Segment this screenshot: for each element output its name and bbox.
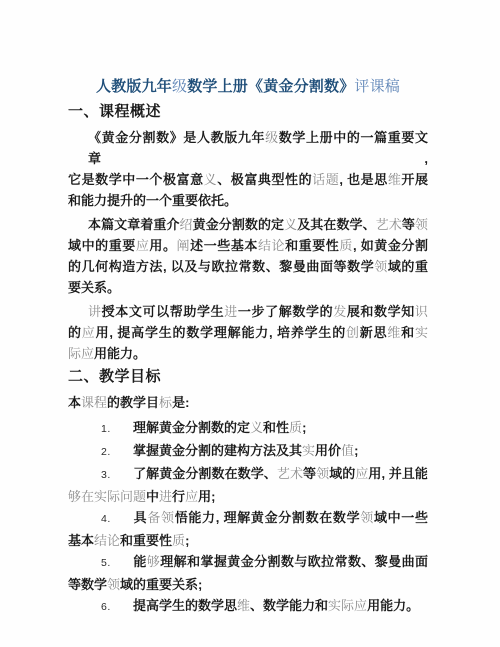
text-line: 6.提高学生的数学思维、数学能力和实际应用能力。 [68, 595, 428, 618]
text-run-light: 评课稿 [354, 78, 400, 95]
text-run: 理解和掌握黄金分割数与欧拉常数、黎曼曲面 [160, 554, 428, 569]
text-line: 的应用, 提高学生的数学理解能力, 培养学生的创新思维和实 [68, 322, 428, 343]
list-item-5: 5.能够理解和掌握黄金分割数与欧拉常数、黎曼曲面等数学领域的重要关系; [68, 551, 428, 595]
text-run-light: 值 [341, 443, 354, 458]
text-run-light: 级 [265, 130, 279, 145]
text-run: 用能力。 [367, 598, 419, 613]
text-run-light: 艺术 [277, 466, 303, 481]
text-run-light: 识 [415, 304, 428, 319]
text-run-light: 应 [355, 466, 368, 481]
list-item-number: 3. [101, 465, 133, 486]
text-run: 的教学目 [107, 395, 159, 410]
text-run-light: 维 [237, 598, 250, 613]
text-run-light: 义 [204, 172, 218, 187]
text-run-light: 级 [172, 78, 187, 95]
text-run: 和能力提升的一个重要依托。 [68, 193, 237, 208]
text-run: 掌握黄金分割的建构方法及其 [133, 443, 302, 458]
text-run-light: 应 [82, 325, 96, 340]
section-heading-overview: 一、课程概述 [68, 102, 428, 121]
text-run: 授本文可以帮助学生 [102, 304, 225, 319]
text-run-light: 应 [185, 489, 198, 504]
list-item-number: 6. [101, 597, 133, 618]
text-run-light: 质 [339, 238, 353, 253]
text-run: ; [354, 443, 358, 458]
objectives-intro: 本课程的教学目标是: [68, 392, 428, 413]
text-run-light: 进 [159, 489, 172, 504]
text-run-light: 课程 [81, 395, 107, 410]
text-run: 、数学能力和 [250, 598, 328, 613]
text-run: 域中一些 [374, 510, 428, 525]
section-course-overview: 一、课程概述 《黄金分割数》是人教版九年级数学上册中的一篇重要文章,它是数学中一… [68, 102, 428, 364]
text-run-light: 领 [360, 510, 374, 525]
text-run-light: 领 [316, 466, 329, 481]
list-item-number: 2. [101, 442, 133, 463]
text-run: 人教版九年 [96, 78, 172, 95]
text-run: 要关系。 [68, 280, 120, 295]
text-run-light: 讲 [88, 304, 102, 319]
text-run: 数学上册《黄金分割数》 [187, 78, 354, 95]
text-run-light: 结论 [258, 238, 285, 253]
text-run: 行 [172, 489, 185, 504]
text-run: 提高学生的数学思 [133, 598, 237, 613]
text-run: 的 [68, 325, 82, 340]
text-run-light: 维 [388, 172, 402, 187]
text-run-light: 备领 [147, 510, 174, 525]
text-line: 基本结论和重要性质; [68, 530, 428, 551]
text-run: 用能力。 [94, 346, 146, 361]
text-line: 讲授本文可以帮助学生进一步了解数学的发展和数学知识 [68, 301, 428, 322]
text-line: 3.了解黄金分割数在数学、艺术等领域的应用, 并且能 [68, 463, 428, 486]
text-line: 和能力提升的一个重要依托。 [68, 190, 428, 211]
text-run: 基本 [68, 533, 94, 548]
text-run-light: 实 [415, 325, 428, 340]
text-run: 能 [133, 554, 147, 569]
text-run: 域的 [329, 466, 355, 481]
text-run: 中 [146, 489, 159, 504]
text-run-light: 实 [302, 443, 315, 458]
text-run: , 也是思 [339, 172, 387, 187]
text-run-light: 领 [415, 217, 428, 232]
text-run: 展和数学知 [347, 304, 415, 319]
text-run: 和重要性 [285, 238, 339, 253]
text-run: , 如黄金分割 [353, 238, 428, 253]
text-run: 理解黄金分割数的定 [133, 420, 250, 435]
text-run: 域的重 [388, 259, 428, 274]
list-item-number: 5. [101, 553, 133, 574]
text-run: 具 [133, 510, 147, 525]
text-run: 域的重要关系; [120, 577, 202, 592]
list-item-3: 3.了解黄金分割数在数学、艺术等领域的应用, 并且能够在实际问题中进行应用; [68, 463, 428, 507]
text-run: 和重要性 [120, 533, 172, 548]
text-run-light: 义 [284, 217, 297, 232]
text-line: 《黄金分割数》是人教版九年级数学上册中的一篇重要文章, [68, 127, 428, 169]
text-run: 了解黄金分割数在数学、 [133, 466, 277, 481]
text-run: 及其在数学、 [297, 217, 375, 232]
text-line: 1.理解黄金分割数的定义和性质; [68, 417, 428, 440]
text-run-light: 实际应 [328, 598, 367, 613]
paragraph-overview-1: 《黄金分割数》是人教版九年级数学上册中的一篇重要文章,它是数学中一个极富意义、极… [68, 127, 428, 211]
text-run-light: 绍 [180, 217, 193, 232]
text-run: 域中的重要 [68, 238, 136, 253]
text-line: 域中的重要应用。阐述一些基本结论和重要性质, 如黄金分割 [68, 235, 428, 256]
text-run-light: 话题 [312, 172, 339, 187]
text-run: 它是数学中一个极富意 [68, 172, 204, 187]
list-item-4: 4.具备领悟能力, 理解黄金分割数在数学领域中一些基本结论和重要性质; [68, 507, 428, 551]
section-heading-objectives: 二、教学目标 [68, 367, 428, 386]
text-run-light: 发 [333, 304, 347, 319]
section-teaching-objectives: 二、教学目标 本课程的教学目标是: 1.理解黄金分割数的定义和性质; 2.掌握黄… [68, 367, 428, 618]
text-run: 的几何构造方法, 以及与欧拉常数、黎曼曲面等数学 [68, 259, 374, 274]
text-line: 4.具备领悟能力, 理解黄金分割数在数学领域中一些 [68, 507, 428, 530]
text-run: 和性 [263, 420, 289, 435]
text-run: 新思 [360, 325, 388, 340]
text-run: 用。 [149, 238, 176, 253]
list-item-1: 1.理解黄金分割数的定义和性质; [68, 417, 428, 440]
text-line: 要关系。 [68, 277, 428, 298]
text-line: 的几何构造方法, 以及与欧拉常数、黎曼曲面等数学领域的重 [68, 256, 428, 277]
text-run: ; [302, 420, 306, 435]
text-run: 用价 [315, 443, 341, 458]
text-run-light: 应 [136, 238, 150, 253]
text-run-light: 艺术 [376, 217, 402, 232]
text-run-light: 质 [172, 533, 185, 548]
text-run-light: 质 [289, 420, 302, 435]
text-run: 、极富典型性的 [217, 172, 312, 187]
text-run-light: 结论 [94, 533, 120, 548]
text-run: 等 [303, 466, 316, 481]
text-run-light: 际应 [68, 346, 94, 361]
text-run-light: 够 [147, 554, 160, 569]
list-item-number: 4. [101, 509, 133, 530]
list-item-2: 2.掌握黄金分割的建构方法及其实用价值; [68, 440, 428, 463]
text-run: 悟能力, 理解黄金分割数在数学 [175, 510, 361, 525]
text-run: 本 [68, 395, 81, 410]
text-run: 是: [172, 395, 189, 410]
text-run: 《黄金分割数》是人教版九年 [88, 130, 265, 145]
text-run: ; [185, 533, 189, 548]
document-title: 人教版九年级数学上册《黄金分割数》评课稿 [68, 78, 428, 96]
text-run: 用; [198, 489, 215, 504]
paragraph-overview-2: 本篇文章着重介绍黄金分割数的定义及其在数学、艺术等领域中的重要应用。阐述一些基本… [68, 214, 428, 298]
document-page: 人教版九年级数学上册《黄金分割数》评课稿 一、课程概述 《黄金分割数》是人教版九… [0, 0, 500, 647]
text-line: 够在实际问题中进行应用; [68, 486, 428, 507]
text-run: 等 [402, 217, 415, 232]
text-run: 开展 [401, 172, 428, 187]
text-line: 本篇文章着重介绍黄金分割数的定义及其在数学、艺术等领 [68, 214, 428, 235]
list-item-number: 1. [101, 419, 133, 440]
paragraph-overview-3: 讲授本文可以帮助学生进一步了解数学的发展和数学知识的应用, 提高学生的数学理解能… [68, 301, 428, 364]
text-run: 用, 并且能 [368, 466, 428, 481]
text-run-light: 义 [250, 420, 263, 435]
text-line: 际应用能力。 [68, 343, 428, 364]
text-run: 述一些基本 [190, 238, 258, 253]
text-run-light: 进 [224, 304, 238, 319]
text-run-light: 维 [387, 325, 401, 340]
text-run: 一步了解数学的 [238, 304, 333, 319]
text-run: 等数学 [68, 577, 107, 592]
text-run: 黄金分割数的定 [193, 217, 285, 232]
text-run: 本篇文章着重介 [88, 217, 180, 232]
text-run: 和 [401, 325, 415, 340]
text-run-light: 创 [346, 325, 360, 340]
text-run-light: 够在实际问题 [68, 489, 146, 504]
text-line: 它是数学中一个极富意义、极富典型性的话题, 也是思维开展 [68, 169, 428, 190]
objectives-list: 1.理解黄金分割数的定义和性质; 2.掌握黄金分割的建构方法及其实用价值; 3.… [68, 417, 428, 618]
text-line: 5.能够理解和掌握黄金分割数与欧拉常数、黎曼曲面 [68, 551, 428, 574]
text-run-light: 阐 [177, 238, 191, 253]
text-run-light: 领 [374, 259, 388, 274]
text-line: 2.掌握黄金分割的建构方法及其实用价值; [68, 440, 428, 463]
text-run-light: 标 [159, 395, 172, 410]
text-line: 等数学领域的重要关系; [68, 574, 428, 595]
list-item-6: 6.提高学生的数学思维、数学能力和实际应用能力。 [68, 595, 428, 618]
text-run: 用, 提高学生的数学理解能力, 培养学生的 [96, 325, 346, 340]
text-run-light: 领 [107, 577, 120, 592]
